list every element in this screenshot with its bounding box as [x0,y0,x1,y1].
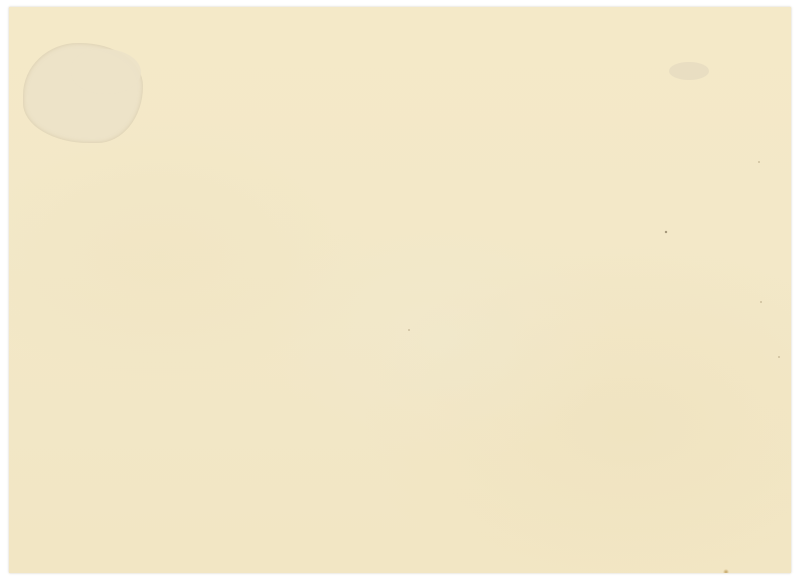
faint-stain [669,62,709,80]
aged-paper-sheet [9,7,791,573]
photo-scene [0,0,800,581]
glue-residue-mark-upper [71,49,141,94]
